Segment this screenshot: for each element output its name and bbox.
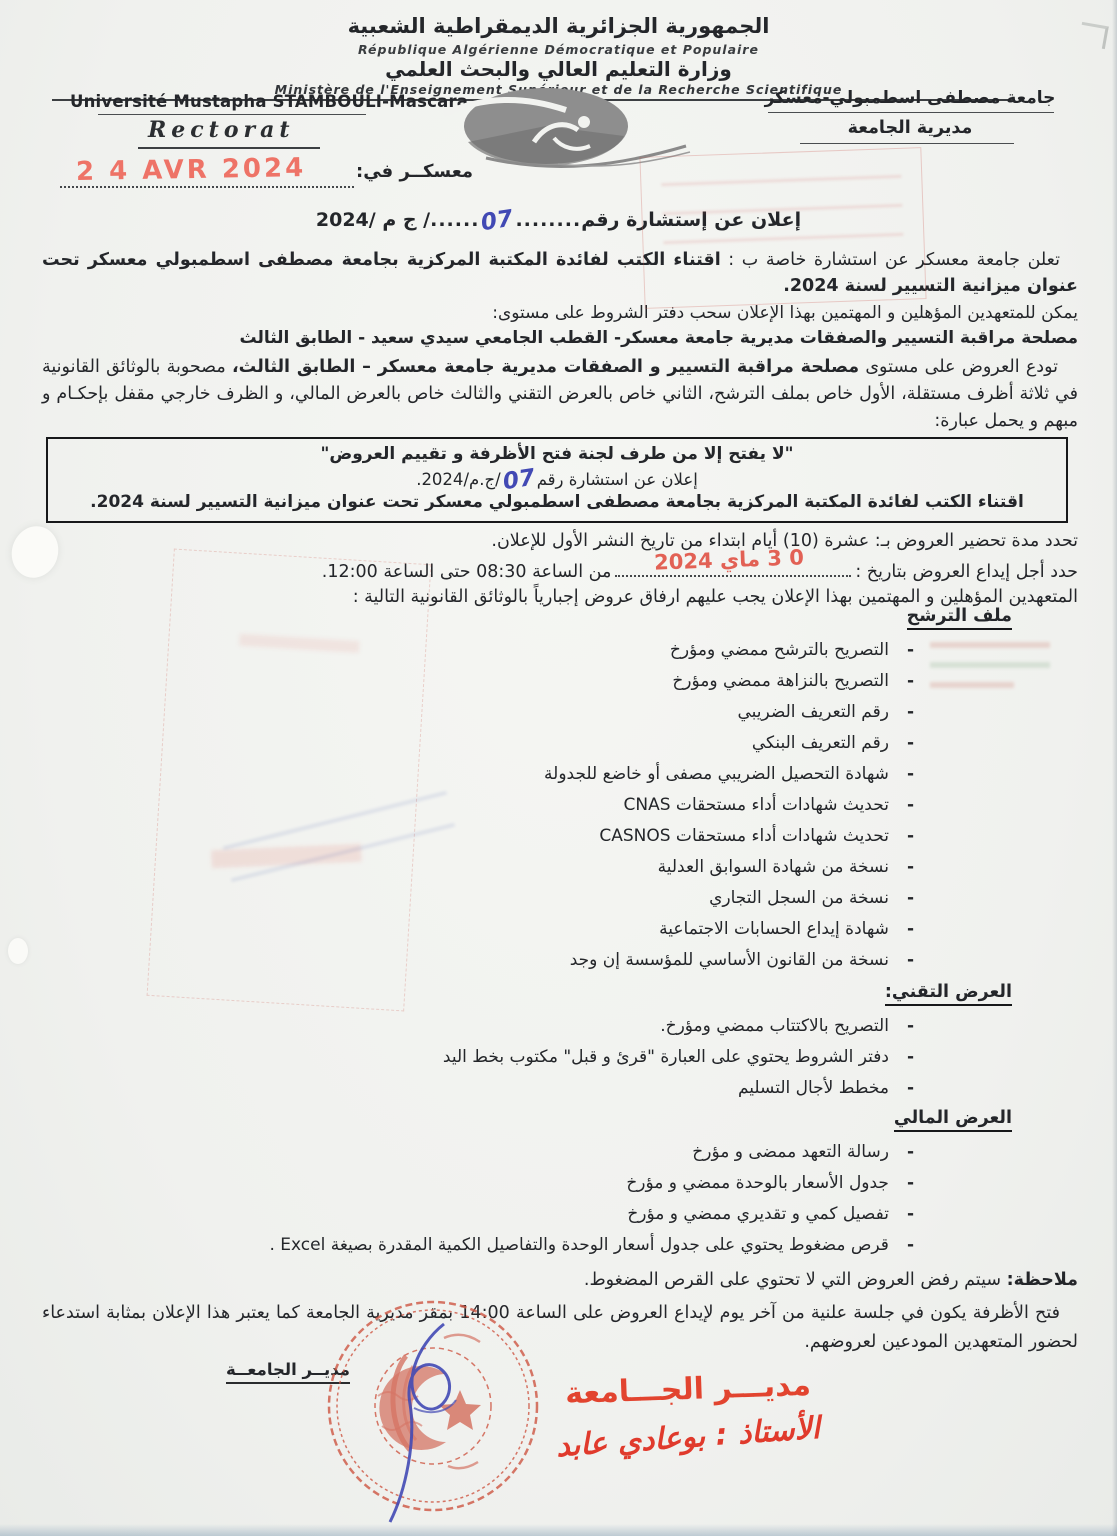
dash-bullet: - — [907, 950, 914, 971]
envelope-subject: اقتناء الكتب لفائدة المكتبة المركزية بجا… — [48, 492, 1066, 512]
list-item-text: التصريح بالترشح ممضي ومؤرخ — [670, 640, 889, 660]
list-item-text: مخطط لأجال التسليم — [738, 1078, 889, 1098]
section-title: العرض المالي — [894, 1108, 1012, 1132]
section-financial: العرض المالي -رسالة التعهد ممضى و مؤرخ-ج… — [42, 1108, 1078, 1266]
envelope-ref-suffix: /ج.م/2024. — [416, 470, 500, 489]
dash-bullet: - — [907, 826, 914, 847]
dash-bullet: - — [907, 1016, 914, 1037]
dash-bullet: - — [907, 671, 914, 692]
list-item: -قرص مضغوط يحتوي على جدول أسعار الوحدة و… — [42, 1235, 914, 1256]
list-item-text: نسخة من شهادة السوابق العدلية — [658, 857, 889, 877]
leader-dots: ........ — [515, 209, 581, 231]
scan-edge-right — [1112, 0, 1117, 1536]
header-ministry-ar: وزارة التعليم العالي والبحث العلمي — [0, 57, 1117, 81]
dash-bullet: - — [907, 1078, 914, 1099]
list-item-text: رقم التعريف الضريبي — [737, 702, 888, 722]
section-technical: العرض التقني: -التصريح بالاكتتاب ممضي وم… — [42, 982, 1078, 1109]
list-item-text: شهادة التحصيل الضريبي مصفى أو خاضع للجدو… — [544, 764, 889, 784]
university-name-fr-underline — [98, 114, 366, 115]
consultation-title: إعلان عن إستشارة رقم........07....../ ج … — [0, 206, 1117, 232]
list-item: -مخطط لأجال التسليم — [42, 1078, 914, 1099]
stamp-director-name: الأستاذ : بوعادي عابد — [511, 1408, 865, 1467]
leader-dots: ...... — [430, 209, 479, 231]
consultation-number-handwritten: 07 — [501, 465, 537, 496]
list-item: -تفصيل كمي و تقديري ممضي و مؤرخ — [42, 1204, 914, 1225]
submission-office-bold: مصلحة مراقبة التسيير و الصفقات مديرية جا… — [232, 357, 859, 377]
header-republic-fr: République Algérienne Démocratique et Po… — [0, 42, 1117, 57]
dash-bullet: - — [907, 888, 914, 909]
doc-list: -رسالة التعهد ممضى و مؤرخ-جدول الأسعار ب… — [42, 1142, 1078, 1256]
dash-bullet: - — [907, 640, 914, 661]
directorate-label: مديرية الجامعة — [745, 118, 1075, 138]
corner-fold-mark — [1078, 22, 1109, 49]
withdraw-line: يمكن للمتعهدين المؤهلين و المهتمين بهذا … — [42, 303, 1078, 323]
dash-bullet: - — [907, 1204, 914, 1225]
list-item-text: جدول الأسعار بالوحدة ممضي و مؤرخ — [626, 1173, 889, 1193]
city-date-label: معسكــر في: — [356, 161, 473, 182]
envelope-ref-line: إعلان عن استشارة رقم07/ج.م/2024. — [48, 465, 1066, 491]
note-line: ملاحظة: سيتم رفض العروض التي لا تحتوي عل… — [42, 1270, 1078, 1290]
prep-duration-line: تحدد مدة تحضير العروض بـ: عشرة (10) أيام… — [42, 531, 1078, 551]
deposit-prefix: حدد أجل إيداع العروض بتاريخ : — [855, 562, 1078, 582]
received-date-stamp: 2 4 AVR 2024 — [76, 153, 307, 187]
dash-bullet: - — [907, 764, 914, 785]
list-item-text: التصريح بالنزاهة ممضي ومؤرخ — [672, 671, 889, 691]
submission-text-1: تودع العروض على مستوى — [859, 357, 1058, 377]
header-republic-ar: الجمهورية الجزائرية الديمقراطية الشعبية — [0, 14, 1117, 38]
consultation-number-handwritten: 07 — [480, 206, 516, 237]
list-item: -التصريح بالاكتتاب ممضي ومؤرخ. — [42, 1016, 914, 1037]
university-name-ar-underline — [768, 112, 1054, 113]
note-label: ملاحظة: — [1007, 1270, 1078, 1290]
deposit-dotted-line: 0 3 ماي 2024 — [615, 558, 851, 577]
stamp-director-title: مديـــر الجـــامعة — [547, 1367, 828, 1412]
dash-bullet: - — [907, 795, 914, 816]
scanned-document-page: الجمهورية الجزائرية الديمقراطية الشعبية … — [0, 0, 1117, 1536]
submission-paragraph: تودع العروض على مستوى مصلحة مراقبة التسي… — [42, 354, 1078, 435]
list-item: -دفتر الشروط يحتوي على العبارة "قرئ و قب… — [42, 1047, 914, 1068]
list-item-text: دفتر الشروط يحتوي على العبارة "قرئ و قبل… — [443, 1047, 889, 1067]
envelope-warning: "لا يفتح إلا من طرف لجنة فتح الأظرفة و ت… — [48, 444, 1066, 464]
doc-list: -التصريح بالاكتتاب ممضي ومؤرخ.-دفتر الشر… — [42, 1016, 1078, 1099]
list-item-text: قرص مضغوط يحتوي على جدول أسعار الوحدة وا… — [269, 1235, 888, 1255]
scan-edge-bottom — [0, 1524, 1117, 1536]
section-title: ملف الترشح — [907, 606, 1012, 630]
dash-bullet: - — [907, 1047, 914, 1068]
list-item-text: نسخة من القانون الأساسي للمؤسسة إن وجد — [570, 950, 889, 970]
dash-bullet: - — [907, 702, 914, 723]
dash-bullet: - — [907, 1173, 914, 1194]
list-item-text: رسالة التعهد ممضى و مؤرخ — [692, 1142, 889, 1162]
bleedthrough-stamp-top-right — [639, 147, 926, 309]
paper-blemish — [8, 938, 28, 964]
dash-bullet: - — [907, 1142, 914, 1163]
office-line: مصلحة مراقبة التسيير والصفقات مديرية جام… — [42, 328, 1092, 348]
dash-bullet: - — [907, 733, 914, 754]
list-item: -جدول الأسعار بالوحدة ممضي و مؤرخ — [42, 1173, 914, 1194]
section-title: العرض التقني: — [885, 982, 1012, 1006]
dash-bullet: - — [907, 1235, 914, 1256]
list-item-text: تفصيل كمي و تقديري ممضي و مؤرخ — [627, 1204, 889, 1224]
list-item-text: رقم التعريف البنكي — [752, 733, 889, 753]
note-text: سيتم رفض العروض التي لا تحتوي على القرص … — [584, 1270, 1007, 1290]
directorate-underline — [800, 143, 1014, 144]
dash-bullet: - — [907, 857, 914, 878]
envelope-ref-prefix: إعلان عن استشارة رقم — [537, 470, 698, 489]
rectorat-underline — [138, 147, 320, 149]
dash-bullet: - — [907, 919, 914, 940]
list-item-text: تحديث شهادات أداء مستحقات CASNOS — [599, 826, 889, 846]
university-name-ar: جامعة مصطفى اسطمبولي-معسكر — [745, 88, 1075, 108]
envelope-marking-box: "لا يفتح إلا من طرف لجنة فتح الأظرفة و ت… — [46, 437, 1068, 523]
list-item-text: تحديث شهادات أداء مستحقات CNAS — [624, 795, 889, 815]
signature-ink — [344, 1312, 494, 1530]
rectorat-label: Rectorat — [148, 117, 295, 143]
list-item-text: التصريح بالاكتتاب ممضي ومؤرخ. — [660, 1016, 889, 1036]
closing-paragraph: فتح الأظرفة يكون في جلسة علنية من آخر يو… — [42, 1299, 1078, 1357]
list-item-text: نسخة من السجل التجاري — [709, 888, 889, 908]
consultation-title-suffix: / ج م /2024 — [316, 209, 430, 231]
list-item: -رسالة التعهد ممضى و مؤرخ — [42, 1142, 914, 1163]
bleedthrough-marks-right — [930, 628, 1050, 718]
university-name-fr: Université Mustapha STAMBOULI-Mascara — [70, 92, 468, 111]
list-item-text: شهادة إيداع الحسابات الاجتماعية — [659, 919, 889, 939]
